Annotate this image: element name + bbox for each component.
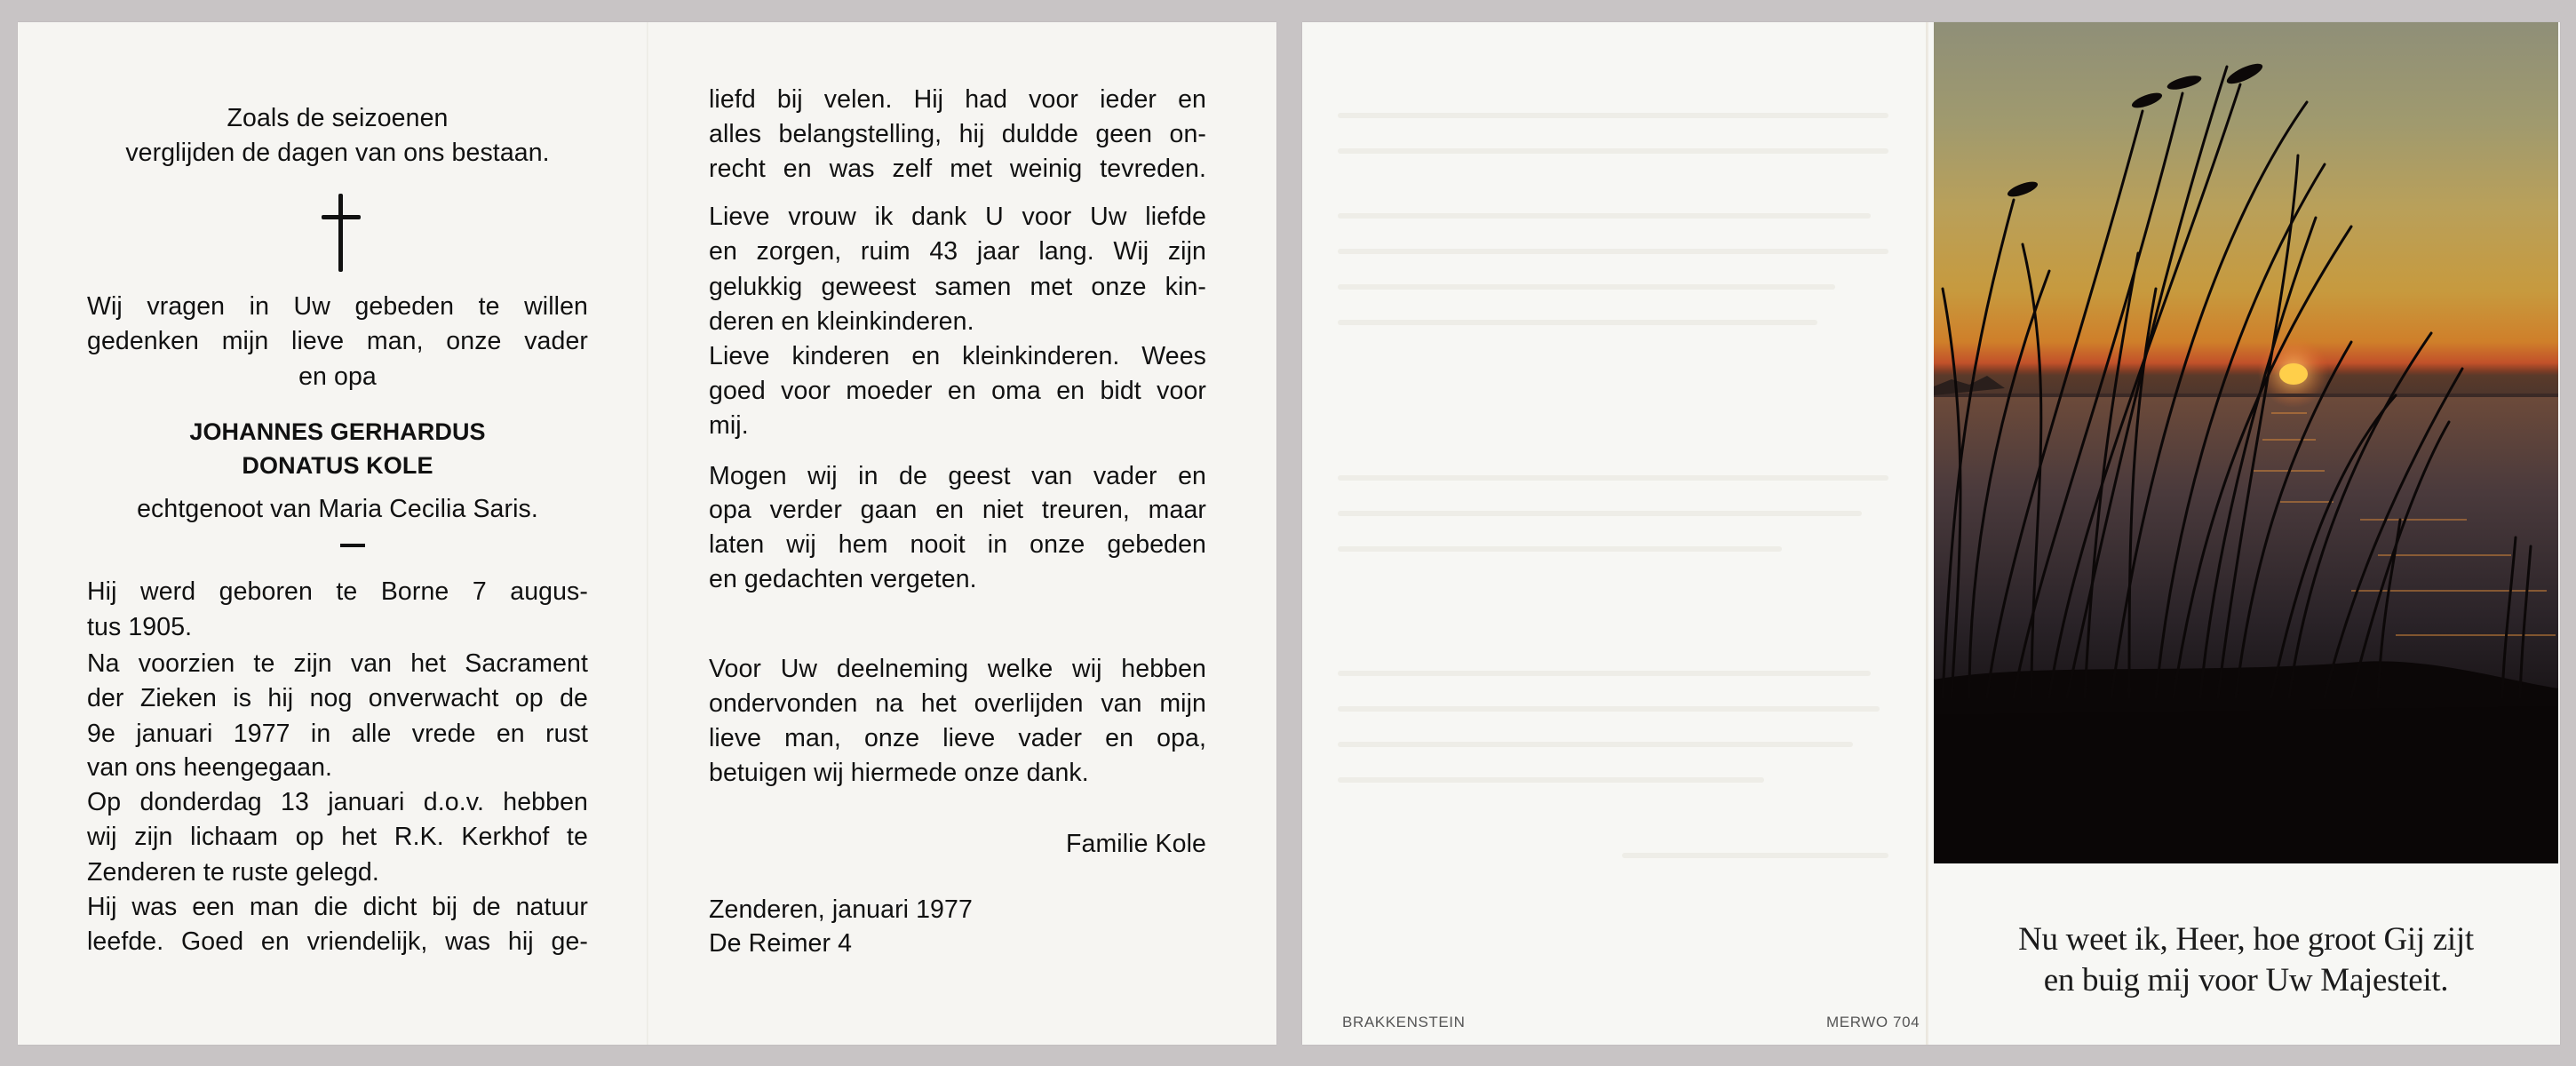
printer-code: MERWO 704 (1826, 1014, 1897, 1031)
body-line: wij zijn lichaam op het R.K. Kerkhof te (87, 822, 588, 852)
body-line: en gedachten vergeten. (709, 564, 1206, 594)
body-line: van ons heengegaan. (87, 752, 588, 783)
intro-line: Wij vragen in Uw gebeden te willen (87, 291, 588, 322)
spouse-line: echtgenoot van Maria Cecilia Saris. (87, 494, 588, 524)
family-signature: Familie Kole (709, 829, 1206, 859)
cross-icon (322, 194, 361, 272)
memorial-card-outside: Nu weet ik, Heer, hoe groot Gij zijt en … (1302, 22, 2560, 1045)
body-line: tus 1905. (87, 612, 588, 642)
publisher-imprint: BRAKKENSTEIN (1342, 1014, 1466, 1031)
body-line: Hij werd geboren te Borne 7 augus- (87, 577, 588, 607)
thanks-line: lieve man, onze lieve vader en opa, (709, 723, 1206, 753)
body-line: opa verder gaan en niet treuren, maar (709, 495, 1206, 525)
body-line: Zenderen te ruste gelegd. (87, 857, 588, 887)
separator-dash (340, 544, 365, 547)
body-line: deren en kleinkinderen. (709, 306, 1206, 337)
body-line: Lieve kinderen en kleinkinderen. Wees (709, 341, 1206, 371)
thanks-line: Voor Uw deelneming welke wij hebben (709, 654, 1206, 684)
body-line: 9e januari 1977 in alle vrede en rust (87, 719, 588, 749)
caption-line: Nu weet ik, Heer, hoe groot Gij zijt (1934, 919, 2558, 960)
memorial-card-inside: Zoals de seizoenen verglijden de dagen v… (18, 22, 1276, 1045)
body-line: Op donderdag 13 januari d.o.v. hebben (87, 787, 588, 817)
body-line: alles belangstelling, hij duldde geen on… (709, 119, 1206, 149)
thanks-line: betuigen wij hiermede onze dank. (709, 758, 1206, 788)
body-line: Lieve vrouw ik dank U voor Uw liefde (709, 202, 1206, 232)
body-line: recht en was zelf met weinig tevreden. (709, 154, 1206, 184)
deceased-name: DONATUS KOLE (87, 450, 588, 481)
body-line: der Zieken is hij nog onverwacht op de (87, 683, 588, 713)
epigraph-line: Zoals de seizoenen (87, 103, 588, 133)
thanks-line: ondervonden na het overlijden van mijn (709, 688, 1206, 719)
body-line: en zorgen, ruim 43 jaar lang. Wij zijn (709, 236, 1206, 266)
body-line: goed voor moeder en oma en bidt voor (709, 376, 1206, 406)
intro-line: gedenken mijn lieve man, onze vader (87, 326, 588, 356)
epigraph-line: verglijden de dagen van ons bestaan. (87, 138, 588, 168)
fold-line (1926, 22, 1928, 1045)
address: De Reimer 4 (709, 928, 1206, 959)
body-line: gelukkig geweest samen met onze kin- (709, 272, 1206, 302)
body-line: Hij was een man die dicht bij de natuur (87, 892, 588, 922)
deceased-name: JOHANNES GERHARDUS (87, 417, 588, 447)
intro-line: en opa (87, 362, 588, 392)
body-line: Mogen wij in de geest van vader en (709, 461, 1206, 491)
body-line: leefde. Goed en vriendelijk, was hij ge- (87, 927, 588, 957)
sunset-reeds-photo (1934, 22, 2558, 863)
place-date: Zenderen, januari 1977 (709, 895, 1206, 925)
body-line: mij. (709, 410, 1206, 441)
body-line: liefd bij velen. Hij had voor ieder en (709, 84, 1206, 115)
fold-line (647, 22, 648, 1045)
caption-line: en buig mij voor Uw Majesteit. (1934, 960, 2558, 1001)
body-line: Na voorzien te zijn van het Sacrament (87, 648, 588, 679)
body-line: laten wij hem nooit in onze gebeden (709, 529, 1206, 560)
